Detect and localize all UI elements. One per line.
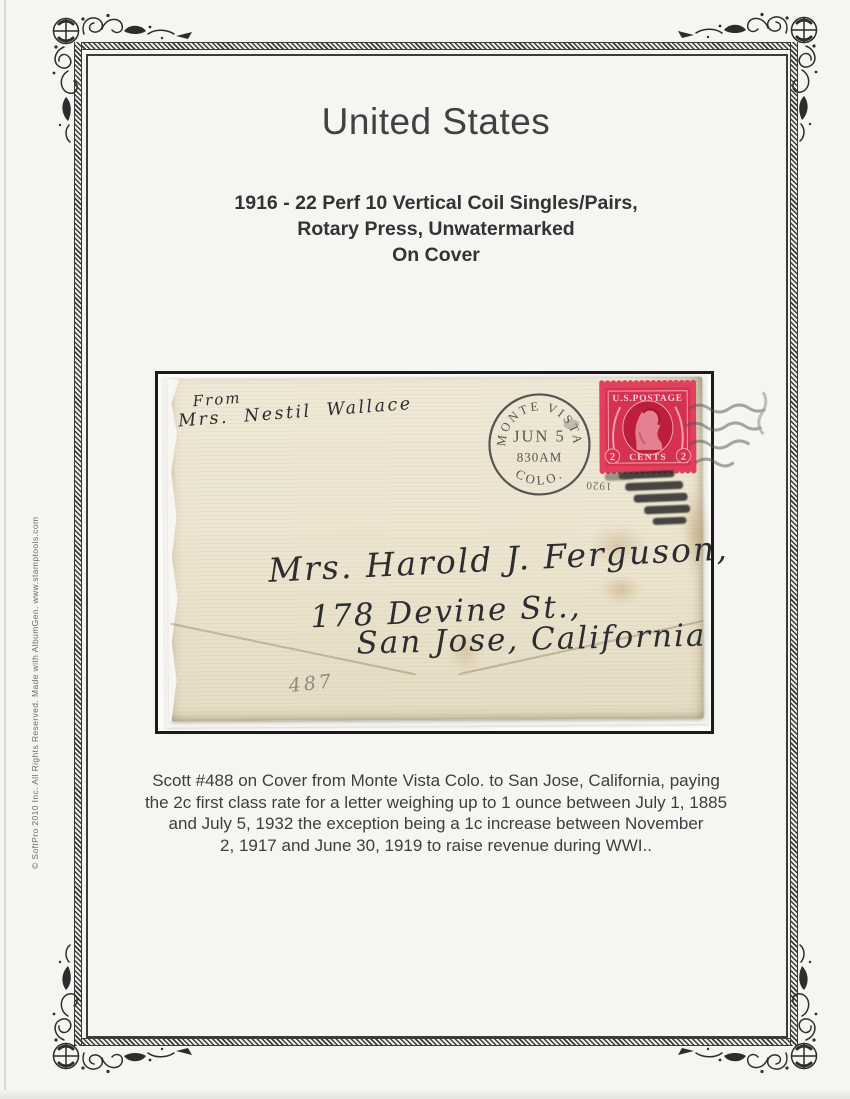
aging-stain bbox=[600, 575, 642, 605]
postmark-state-text: COLO. bbox=[513, 466, 566, 488]
cancel-killer-bars bbox=[605, 470, 691, 527]
postmark-time-text: 830AM bbox=[517, 449, 563, 464]
caption-line-3: and July 5, 1932 the exception being a 1… bbox=[86, 813, 786, 835]
postmark-date-text: JUN 5 bbox=[513, 426, 566, 445]
subtitle-line-1: 1916 - 22 Perf 10 Vertical Coil Singles/… bbox=[86, 190, 786, 216]
caption-line-4: 2, 1917 and June 30, 1919 to raise reven… bbox=[86, 835, 786, 857]
caption-line-2: the 2c first class rate for a letter wei… bbox=[86, 792, 786, 814]
subtitle-line-3: On Cover bbox=[86, 242, 786, 268]
corner-ornament-bottom-right bbox=[640, 944, 820, 1074]
svg-text:COLO.: COLO. bbox=[513, 466, 566, 488]
subtitle-line-2: Rotary Press, Unwatermarked bbox=[86, 216, 786, 242]
scan-edge-strip bbox=[0, 1090, 850, 1099]
album-page: United States 1916 - 22 Perf 10 Vertical… bbox=[0, 0, 850, 1099]
frame-band-left bbox=[74, 42, 82, 1046]
scan-edge-line bbox=[4, 0, 6, 1099]
page-subtitle: 1916 - 22 Perf 10 Vertical Coil Singles/… bbox=[86, 190, 786, 268]
copyright-sidebar: © SoftPro 2010 Inc. All Rights Reserved.… bbox=[30, 516, 40, 869]
return-address: From Mrs. Nestil Wallace bbox=[176, 376, 413, 432]
page-title: United States bbox=[86, 101, 786, 143]
corner-ornament-bottom-left bbox=[50, 944, 230, 1074]
frame-band-right bbox=[790, 42, 798, 1046]
machine-cancel: 1920 bbox=[577, 370, 788, 551]
caption-line-1: Scott #488 on Cover from Monte Vista Col… bbox=[86, 770, 786, 792]
envelope: From Mrs. Nestil Wallace MONTE VISTA JUN… bbox=[169, 377, 704, 722]
cancel-wavy-lines bbox=[685, 392, 766, 466]
caption: Scott #488 on Cover from Monte Vista Col… bbox=[86, 770, 786, 856]
cover-photo: From Mrs. Nestil Wallace MONTE VISTA JUN… bbox=[155, 371, 714, 734]
cancel-year-slug: 1920 bbox=[585, 479, 612, 492]
